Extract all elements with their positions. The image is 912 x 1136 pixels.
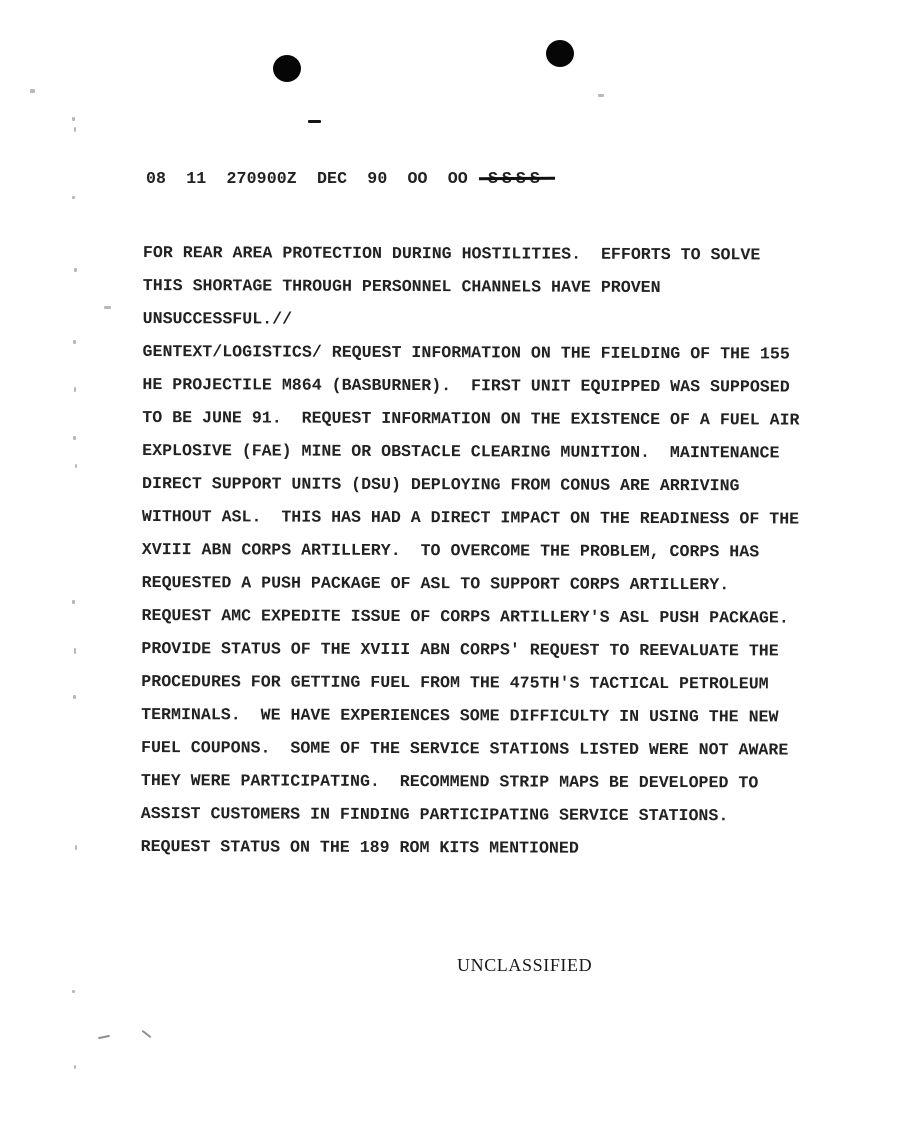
scan-artifact-speck [30,89,35,93]
scan-artifact-speck [74,268,77,272]
scan-artifact-speck [72,600,75,604]
scan-artifact-speck [73,436,76,440]
message-body: FOR REAR AREA PROTECTION DURING HOSTILIT… [141,236,843,866]
body-line: GENTEXT/LOGISTICS/ REQUEST INFORMATION O… [142,335,842,371]
scan-artifact-mark [98,1035,110,1039]
scan-artifact-speck [74,127,76,132]
body-line: FOR REAR AREA PROTECTION DURING HOSTILIT… [143,236,843,272]
punch-hole-dot-left [273,55,301,82]
scan-artifact-speck [104,306,111,309]
body-line: THEY WERE PARTICIPATING. RECOMMEND STRIP… [141,764,841,800]
body-line: HE PROJECTILE M864 (BASBURNER). FIRST UN… [142,368,842,404]
scan-artifact-mark [142,1030,152,1038]
body-line: DIRECT SUPPORT UNITS (DSU) DEPLOYING FRO… [142,467,842,503]
body-line: PROCEDURES FOR GETTING FUEL FROM THE 475… [141,665,841,701]
scan-artifact-speck [73,695,76,699]
body-line: THIS SHORTAGE THROUGH PERSONNEL CHANNELS… [143,269,843,305]
body-line: WITHOUT ASL. THIS HAS HAD A DIRECT IMPAC… [142,500,842,536]
scan-artifact-dash [308,120,321,123]
body-line: REQUEST AMC EXPEDITE ISSUE OF CORPS ARTI… [141,599,841,635]
scan-artifact-speck [74,648,76,654]
scan-artifact-speck [72,196,75,199]
body-line: UNSUCCESSFUL.// [143,302,843,338]
document-page: 08 11 270900Z DEC 90 OO OO SSSS FOR REAR… [0,0,912,1136]
body-line: REQUEST STATUS ON THE 189 ROM KITS MENTI… [141,830,841,866]
scan-artifact-speck [72,117,75,121]
scan-artifact-speck [75,845,77,850]
scan-artifact-speck [73,340,76,344]
body-line: PROVIDE STATUS OF THE XVIII ABN CORPS' R… [141,632,841,668]
body-line: FUEL COUPONS. SOME OF THE SERVICE STATIO… [141,731,841,767]
body-line: EXPLOSIVE (FAE) MINE OR OBSTACLE CLEARIN… [142,434,842,470]
body-line: REQUESTED A PUSH PACKAGE OF ASL TO SUPPO… [142,566,842,602]
classification-stamp: UNCLASSIFIED [457,955,592,976]
header-datetime-group: 08 11 270900Z DEC 90 OO OO [146,169,488,188]
body-line: XVIII ABN CORPS ARTILLERY. TO OVERCOME T… [142,533,842,569]
scan-artifact-speck [72,990,75,993]
scan-artifact-speck [74,387,76,392]
struck-classification-code: SSSS [488,169,544,188]
body-line: TERMINALS. WE HAVE EXPERIENCES SOME DIFF… [141,698,841,734]
scan-artifact-speck [74,1065,76,1069]
body-line: TO BE JUNE 91. REQUEST INFORMATION ON TH… [142,401,842,437]
punch-hole-dot-right [546,40,574,67]
message-header-line: 08 11 270900Z DEC 90 OO OO SSSS [146,169,544,188]
scan-artifact-speck [75,464,77,468]
body-line: ASSIST CUSTOMERS IN FINDING PARTICIPATIN… [141,797,841,833]
scan-artifact-speck [598,94,604,97]
